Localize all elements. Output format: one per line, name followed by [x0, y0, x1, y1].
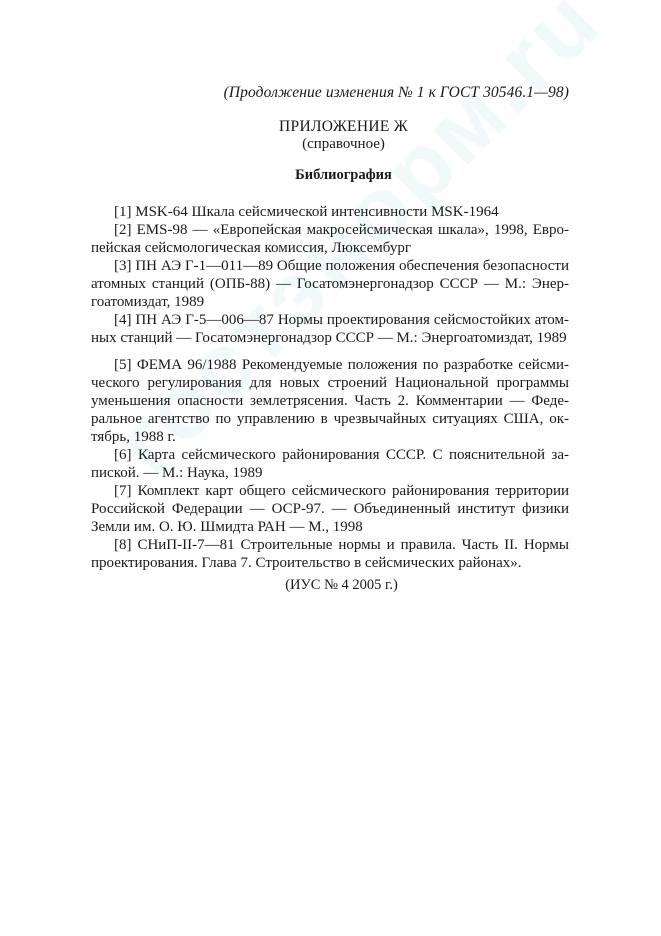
bibliography-entry: [1] MSK-64 Шкала сейсмической интенсивно…	[91, 203, 569, 221]
entry-number: [4]	[114, 312, 132, 328]
section-heading: Библиография	[0, 167, 661, 184]
entry-number: [5]	[114, 357, 132, 373]
appendix-title: ПРИЛОЖЕНИЕ Ж	[0, 118, 661, 136]
entry-text: MSK-64 Шкала сейсмической интенсивности …	[135, 204, 498, 220]
entry-text: ПН АЭ Г-5—006—87 Нормы проектирования се…	[91, 312, 569, 346]
bibliography-entry: [8] СНиП-II-7—81 Строительные нормы и пр…	[91, 536, 569, 572]
bibliography-entry: [4] ПН АЭ Г-5—006—87 Нормы проектировани…	[91, 311, 569, 347]
continuation-note: (Продолжение изменения № 1 к ГОСТ 30546.…	[224, 84, 569, 102]
entry-number: [2]	[114, 222, 132, 238]
bibliography-entry: [7] Комплект карт общего сейсмического р…	[91, 482, 569, 536]
entry-text: Карта сейсмического районирования СССР. …	[91, 447, 569, 481]
bibliography-entry: [5] ФЕМА 96/1988 Рекомендуемые положения…	[91, 356, 569, 446]
bibliography-entry: [3] ПН АЭ Г-1—011—89 Общие положения обе…	[91, 257, 569, 311]
entry-number: [8]	[114, 537, 132, 553]
entry-text: Комплект карт общего сейсмического район…	[91, 483, 569, 535]
entry-number: [3]	[114, 258, 132, 274]
entry-text: ФЕМА 96/1988 Рекомендуемые положения по …	[91, 357, 569, 445]
bibliography-list-part-1: [1] MSK-64 Шкала сейсмической интенсивно…	[91, 203, 569, 347]
bibliography-entry: [6] Карта сейсмического районирования СС…	[91, 446, 569, 482]
bibliography-list-part-2: [5] ФЕМА 96/1988 Рекомендуемые положения…	[91, 356, 569, 572]
appendix-subtitle: (справочное)	[0, 136, 661, 153]
entry-number: [7]	[114, 483, 132, 499]
document-page: гостэнорм.ru (Продолжение изменения № 1 …	[0, 0, 661, 936]
entry-text: СНиП-II-7—81 Строительные нормы и правил…	[91, 537, 569, 571]
entry-text: EMS-98 — «Европейская макросейсмическая …	[91, 222, 569, 256]
entry-number: [6]	[114, 447, 132, 463]
entry-text: ПН АЭ Г-1—011—89 Общие положения обеспеч…	[91, 258, 569, 310]
bibliography-entry: [2] EMS-98 — «Европейская макросейсмичес…	[91, 221, 569, 257]
ius-note: (ИУС № 4 2005 г.)	[0, 577, 661, 594]
entry-number: [1]	[114, 204, 132, 220]
